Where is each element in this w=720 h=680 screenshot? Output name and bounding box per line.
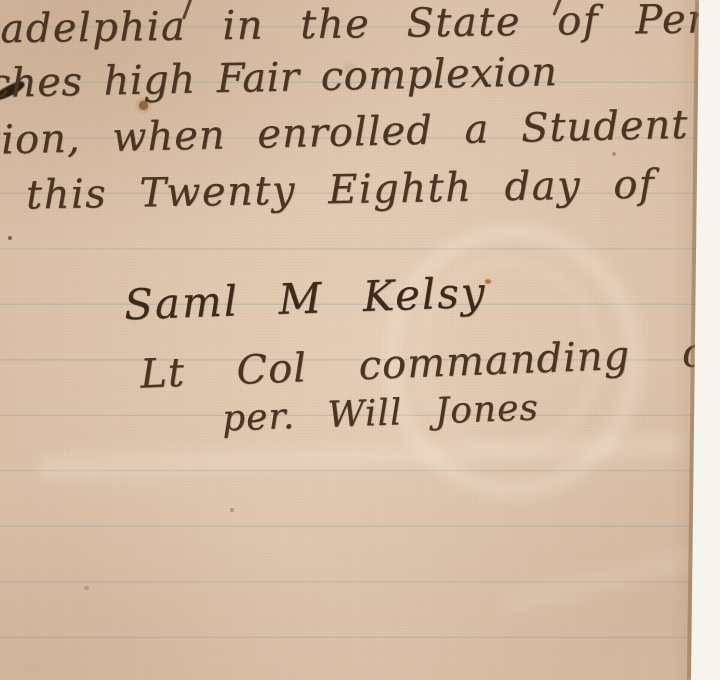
signature-name: Saml M Kelsy (123, 272, 487, 327)
handwriting-line-1: ladelphia in the State of Penna (0, 0, 720, 49)
document-scan: ladelphia in the State of Penna ches hig… (0, 0, 720, 680)
paper-speck (612, 152, 616, 156)
handwriting-line-2: ches high Fair complexion (0, 52, 558, 104)
paper-speck (230, 508, 234, 512)
paper: ladelphia in the State of Penna ches hig… (0, 0, 720, 680)
handwriting-line-4: this Twenty Eighth day of (26, 165, 656, 216)
ink-speck (8, 236, 12, 240)
paper-speck (84, 586, 89, 590)
